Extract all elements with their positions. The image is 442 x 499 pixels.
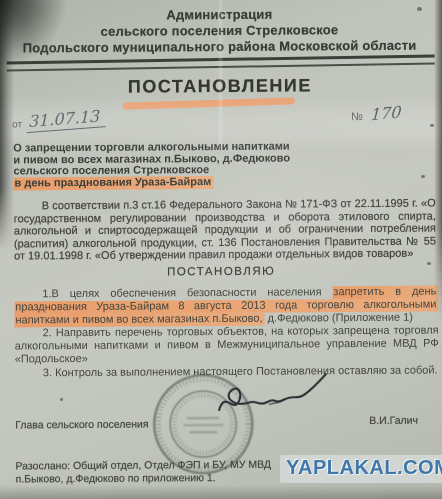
photo-speck [427, 262, 431, 265]
subject-block: О запрещении торговли алкогольными напит… [13, 141, 333, 189]
resolve-word: ПОСТАНОВЛЯЮ [0, 264, 442, 279]
signatory-name: В.И.Галич [369, 415, 418, 427]
header-double-rule [7, 54, 435, 71]
number-prefix-label: № [351, 111, 363, 123]
photo-speck [421, 175, 425, 178]
photo-of-document: Администрация сельского поселения Стрелк… [0, 0, 442, 499]
watermark: YAPLAKAL.COM [280, 455, 442, 483]
resolution-document: Администрация сельского поселения Стрелк… [0, 0, 442, 499]
photo-speck [60, 398, 63, 401]
org-header-line-1: Администрация [0, 5, 440, 23]
resolution-points: 1.В целях обеспечения безопасности насел… [14, 285, 439, 381]
handwritten-number: 170 [370, 102, 402, 124]
point-1-pre: 1.В целях обеспечения безопасности насел… [42, 286, 332, 300]
handwritten-date: 31.07.13 [27, 106, 107, 133]
point-2: 2. Направить перечень торговых объектов,… [15, 325, 439, 366]
point-1-post: д.Федюково (Приложение 1) [264, 311, 412, 324]
title-marker-underline [123, 97, 295, 109]
photo-speck [417, 7, 422, 11]
signatory-title: Глава сельского поселения [15, 419, 148, 432]
org-header-line-2: сельского поселения Стрелковское [0, 21, 441, 39]
org-header-line-3: Подольского муниципального района Москов… [0, 37, 441, 55]
handwritten-signature [213, 371, 331, 420]
photo-speck [430, 124, 434, 127]
subject-highlighted-line: в день празднования Ураза-Байрам [13, 176, 213, 190]
document-title: ПОСТАНОВЛЕНИЕ [0, 74, 441, 98]
date-prefix-label: от [12, 119, 22, 130]
legal-basis-paragraph: В соответствии п.3 ст.16 Федерального За… [14, 198, 436, 264]
point-1: 1.В целях обеспечения безопасности насел… [14, 285, 438, 326]
